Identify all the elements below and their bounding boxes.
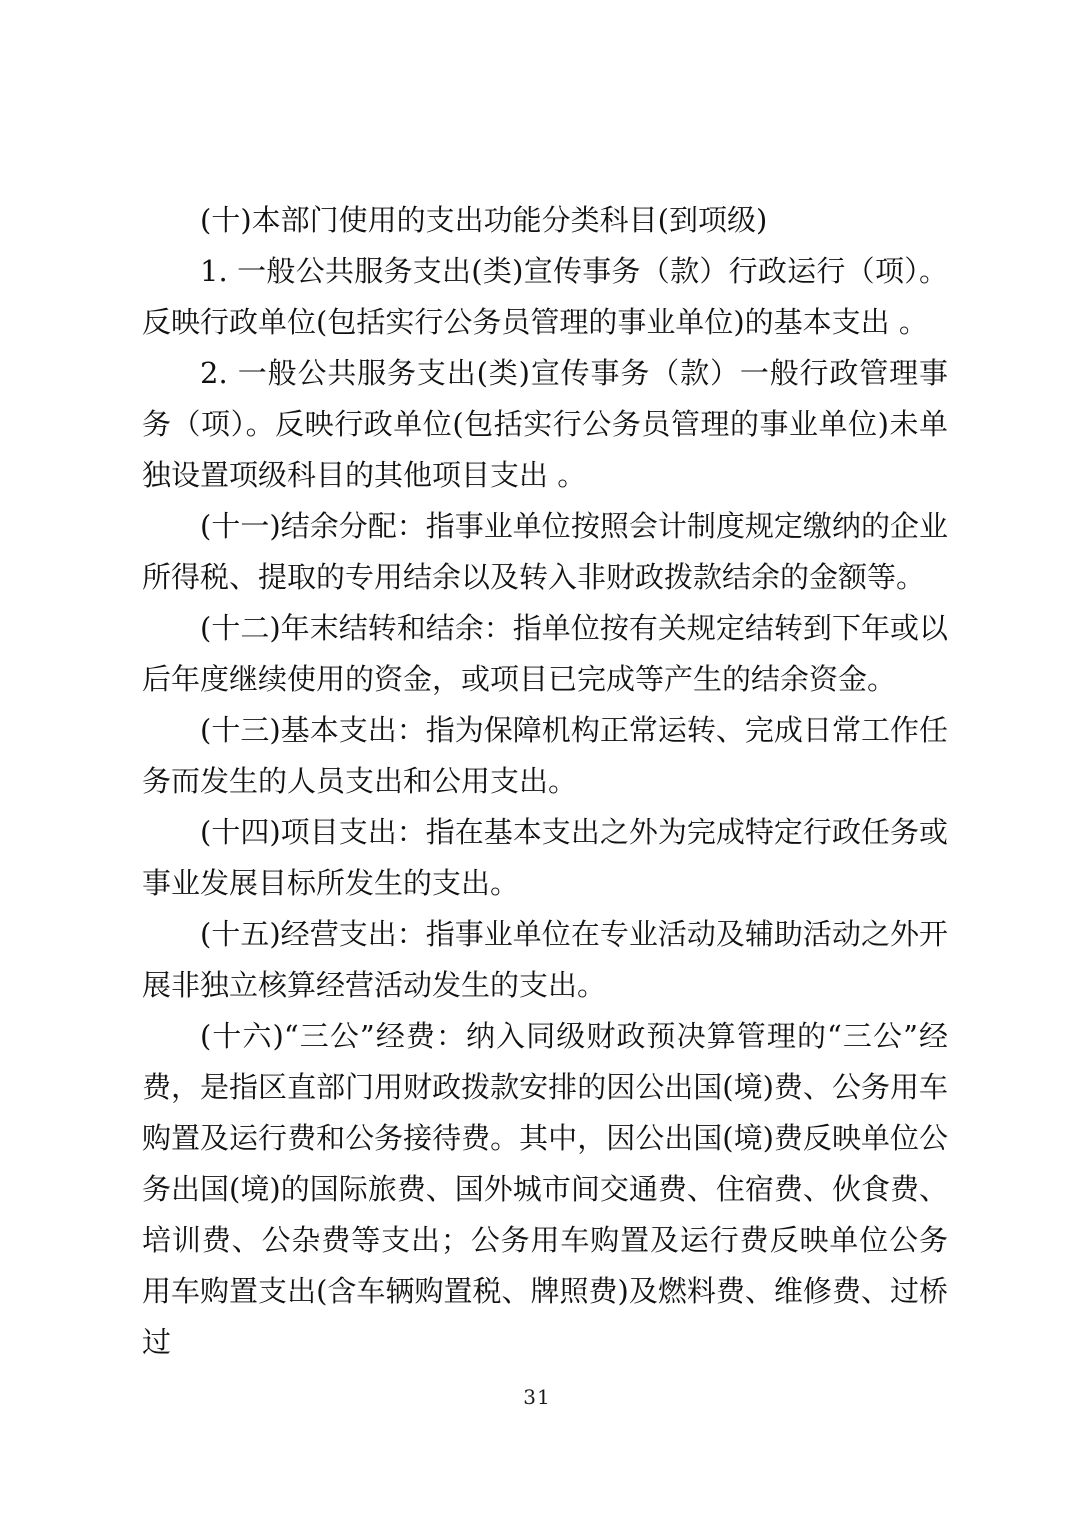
page-footer: 31 <box>0 1383 1074 1411</box>
paragraph: (十五)经营支出：指事业单位在专业活动及辅助活动之外开展非独立核算经营活动发生的… <box>142 909 948 1011</box>
paragraph: (十四)项目支出：指在基本支出之外为完成特定行政任务或事业发展目标所发生的支出。 <box>142 807 948 909</box>
paragraph: (十二)年末结转和结余：指单位按有关规定结转到下年或以后年度继续使用的资金，或项… <box>142 603 948 705</box>
paragraph: 2. 一般公共服务支出(类)宣传事务（款）一般行政管理事务（项）。反映行政单位(… <box>142 348 948 501</box>
paragraph: (十三)基本支出：指为保障机构正常运转、完成日常工作任务而发生的人员支出和公用支… <box>142 705 948 807</box>
document-page: (十)本部门使用的支出功能分类科目(到项级)1. 一般公共服务支出(类)宣传事务… <box>0 0 1074 1520</box>
paragraph: (十一)结余分配：指事业单位按照会计制度规定缴纳的企业所得税、提取的专用结余以及… <box>142 501 948 603</box>
paragraph: 1. 一般公共服务支出(类)宣传事务（款）行政运行（项）。反映行政单位(包括实行… <box>142 246 948 348</box>
page-number: 31 <box>523 1385 550 1409</box>
paragraph: (十六)“三公”经费：纳入同级财政预决算管理的“三公”经费，是指区直部门用财政拨… <box>142 1011 948 1368</box>
document-body: (十)本部门使用的支出功能分类科目(到项级)1. 一般公共服务支出(类)宣传事务… <box>142 195 948 1368</box>
paragraph: (十)本部门使用的支出功能分类科目(到项级) <box>142 195 948 246</box>
